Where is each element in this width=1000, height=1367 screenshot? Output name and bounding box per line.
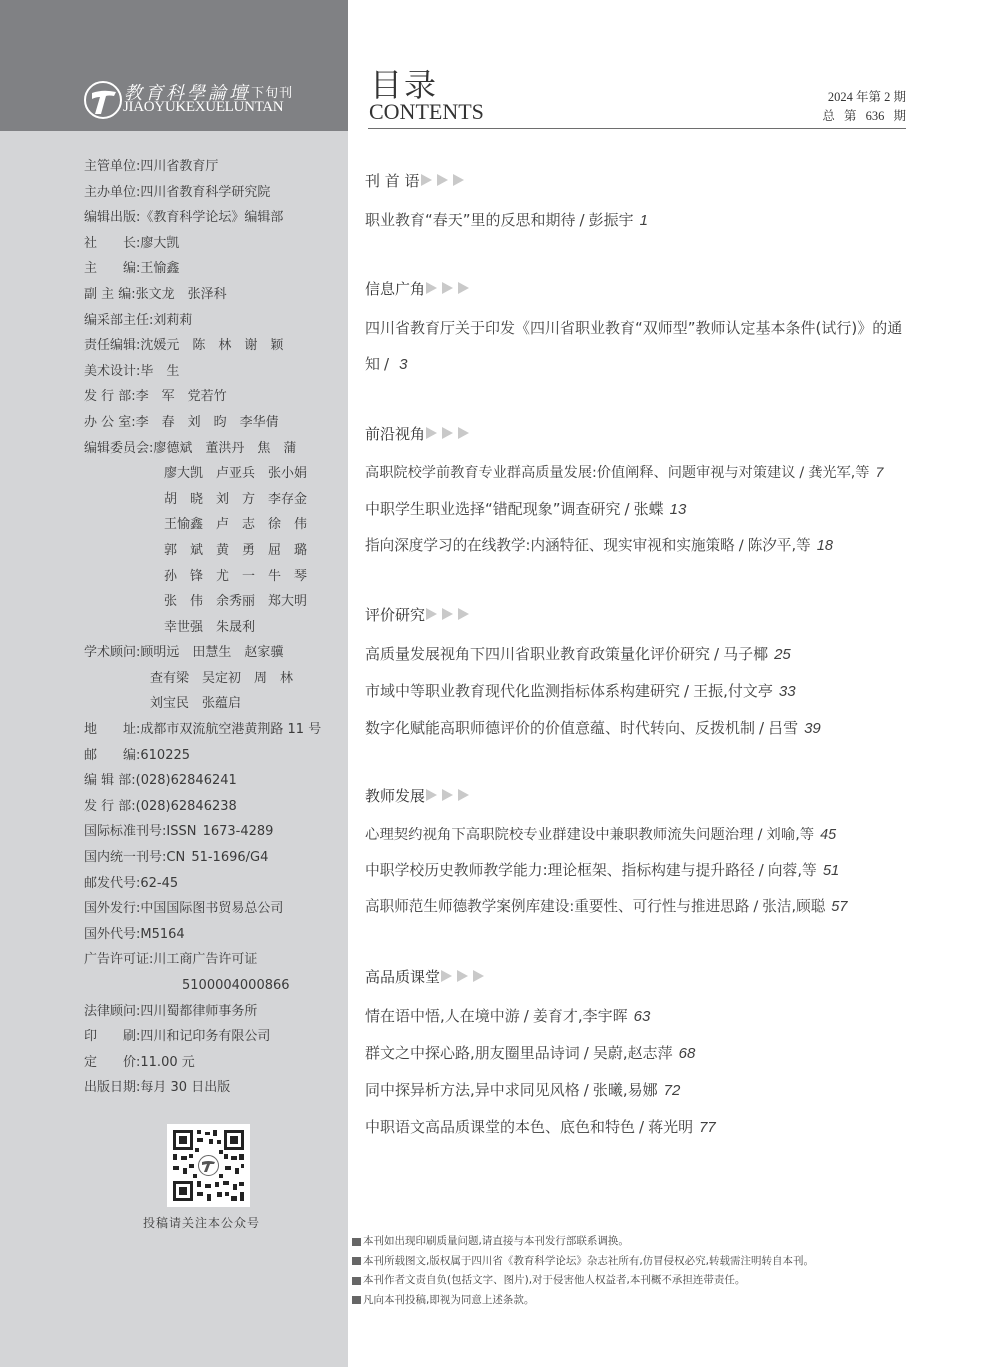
triple-arrow-icon [421, 174, 469, 186]
toc-entry[interactable]: 同中探异析方法,异中求同见风格/张曦,易娜72 [365, 1072, 910, 1109]
page-number: 51 [823, 863, 839, 879]
info-row: 责任编辑:沈媛元 陈 林 谢 颖 [84, 333, 346, 359]
page-title-en: CONTENTS [369, 99, 484, 125]
editorial-board-row: 孙 锋 尤 一 牛 琴 [84, 564, 346, 590]
toc-entry[interactable]: 中职学校历史教师教学能力:理论框架、指标构建与提升路径/向蓉,等51 [365, 853, 910, 889]
section-heading: 信息广角 [365, 277, 910, 299]
info-row: 邮 编:610225 [84, 743, 346, 769]
page-number: 77 [699, 1119, 716, 1136]
section-heading: 教师发展 [365, 784, 910, 806]
notice-item: 本刊如出现印刷质量问题,请直接与本刊发行部联系调换。 [352, 1232, 814, 1252]
toc-entry[interactable]: 群文之中探心路,朋友圈里品诗词/吴蔚,赵志萍68 [365, 1035, 910, 1072]
masthead-sidebar: 教育科學論壇 ·下旬刊 JIAOYUKEXUELUNTAN 主管单位:四川省教育… [0, 0, 348, 1367]
toc-entries: 高质量发展视角下四川省职业教育政策量化评价研究/马子椰25 市域中等职业教育现代… [365, 636, 910, 747]
toc-entry[interactable]: 市域中等职业教育现代化监测指标体系构建研究/王振,付文亭33 [365, 673, 910, 710]
info-row: 广告许可证:川工商广告许可证 [84, 947, 346, 973]
notice-item: 本刊所载图文,版权属于四川省《教育科学论坛》杂志社所有,仿冒侵权必究,转载需注明… [352, 1252, 814, 1272]
page-number: 3 [399, 356, 407, 373]
info-row: 地 址:成都市双流航空港黄荆路 11 号 [84, 717, 346, 743]
square-bullet-icon [352, 1296, 361, 1304]
toc-section: 教师发展 心理契约视角下高职院校专业群建设中兼职教师流失问题治理/刘喻,等45 … [365, 784, 910, 925]
info-row-issn: 国际标准刊号:ISSN 1673-4289 [84, 819, 346, 845]
page-number: 72 [664, 1082, 681, 1099]
info-row: 办 公 室:李 春 刘 昀 李华倩 [84, 410, 346, 436]
info-row: 美术设计:毕 生 [84, 359, 346, 385]
toc-entry[interactable]: 心理契约视角下高职院校专业群建设中兼职教师流失问题治理/刘喻,等45 [365, 817, 910, 853]
info-row: 邮发代号:62-45 [84, 871, 346, 897]
issue-number: 2024 年第 2 期 [822, 88, 906, 107]
page-number: 7 [875, 465, 883, 481]
page-number: 68 [679, 1045, 696, 1062]
info-row: 国外发行:中国国际图书贸易总公司 [84, 896, 346, 922]
toc-entries: 心理契约视角下高职院校专业群建设中兼职教师流失问题治理/刘喻,等45 中职学校历… [365, 817, 910, 925]
toc-entry[interactable]: 高职师范生师德教学案例库建设:重要性、可行性与推进思路/张洁,顾聪57 [365, 889, 910, 925]
masthead-info: 主管单位:四川省教育厅 主办单位:四川省教育科学研究院 编辑出版:《教育科学论坛… [84, 154, 346, 1101]
page-number: 45 [820, 827, 836, 843]
section-heading: 刊 首 语 [365, 169, 910, 191]
editorial-board-row: 王愉鑫 卢 志 徐 伟 [84, 512, 346, 538]
journal-name-en: JIAOYUKEXUELUNTAN [123, 99, 283, 116]
square-bullet-icon [352, 1257, 361, 1265]
info-row: 发 行 部:李 军 党若竹 [84, 384, 346, 410]
section-heading: 高品质课堂 [365, 965, 910, 987]
toc-entry[interactable]: 指向深度学习的在线教学:内涵特征、现实审视和实施策略/陈汐平,等18 [365, 528, 910, 564]
info-row: 主 编:王愉鑫 [84, 256, 346, 282]
info-row-price: 定 价:11.00 元 [84, 1050, 346, 1076]
info-row-editorial-board: 编辑委员会:廖德斌 董洪丹 焦 蒲 [84, 436, 346, 462]
toc-entry[interactable]: 四川省教育厅关于印发《四川省职业教育“双师型”教师认定基本条件(试行)》的通知/… [365, 310, 910, 383]
info-row: 编辑出版:《教育科学论坛》编辑部 [84, 205, 346, 231]
info-row-pub-date: 出版日期:每月 30 日出版 [84, 1075, 346, 1101]
page-number: 1 [640, 212, 648, 229]
page-number: 57 [831, 899, 847, 915]
advisors-row: 刘宝民 张蕴启 [84, 691, 346, 717]
triple-arrow-icon [441, 970, 489, 982]
toc-entry[interactable]: 职业教育“春天”里的反思和期待/彭振宇1 [365, 202, 910, 239]
square-bullet-icon [352, 1238, 361, 1246]
info-row: 主管单位:四川省教育厅 [84, 154, 346, 180]
editorial-board-row: 廖大凯 卢亚兵 张小娟 [84, 461, 346, 487]
editorial-board-row: 胡 晓 刘 方 李存金 [84, 487, 346, 513]
info-row: 编 辑 部:(028)62846241 [84, 768, 346, 794]
notice-item: 凡向本刊投稿,即视为同意上述条款。 [352, 1291, 814, 1311]
info-row-cn: 国内统一刊号:CN 51-1696/G4 [84, 845, 346, 871]
advisors-row: 查有梁 吴定初 周 林 [84, 666, 346, 692]
triple-arrow-icon [426, 427, 474, 439]
info-row: 法律顾问:四川蜀都律师事务所 [84, 999, 346, 1025]
info-row-advisors: 学术顾问:顾明远 田慧生 赵家骥 [84, 640, 346, 666]
copyright-notices: 本刊如出现印刷质量问题,请直接与本刊发行部联系调换。 本刊所载图文,版权属于四川… [352, 1232, 814, 1310]
section-heading: 前沿视角 [365, 422, 910, 444]
toc-entry[interactable]: 情在语中悟,人在境中游/姜育才,李宇晖63 [365, 998, 910, 1035]
toc-entry[interactable]: 中职学生职业选择“错配现象”调查研究/张蝶13 [365, 491, 910, 528]
page-number: 63 [634, 1008, 651, 1025]
issue-info: 2024 年第 2 期 总 第 636 期 [822, 88, 906, 126]
editorial-board-row: 张 伟 余秀丽 郑大明 [84, 589, 346, 615]
info-row: 编采部主任:刘莉莉 [84, 308, 346, 334]
toc-entry[interactable]: 高质量发展视角下四川省职业教育政策量化评价研究/马子椰25 [365, 636, 910, 673]
info-row: 社 长:廖大凯 [84, 231, 346, 257]
page-number: 39 [804, 720, 821, 737]
info-row: 发 行 部:(028)62846238 [84, 794, 346, 820]
toc-section: 评价研究 高质量发展视角下四川省职业教育政策量化评价研究/马子椰25 市域中等职… [365, 603, 910, 747]
info-row: 印 刷:四川和记印务有限公司 [84, 1024, 346, 1050]
triple-arrow-icon [426, 608, 474, 620]
toc-section: 信息广角 四川省教育厅关于印发《四川省职业教育“双师型”教师认定基本条件(试行)… [365, 277, 910, 383]
qr-code-icon[interactable] [167, 1124, 250, 1207]
toc-section: 高品质课堂 情在语中悟,人在境中游/姜育才,李宇晖63 群文之中探心路,朋友圈里… [365, 965, 910, 1146]
toc-section: 刊 首 语 职业教育“春天”里的反思和期待/彭振宇1 [365, 169, 910, 239]
header-divider [368, 128, 906, 129]
journal-t-logo-icon [83, 80, 123, 120]
info-row: 主办单位:四川省教育科学研究院 [84, 180, 346, 206]
info-row: 副 主 编:张文龙 张泽科 [84, 282, 346, 308]
qr-caption: 投稿请关注本公众号 [143, 1214, 260, 1231]
ad-license-number: 5100004000866 [84, 973, 346, 999]
page-number: 33 [779, 683, 796, 700]
editorial-board-row: 郭 斌 黄 勇 屈 璐 [84, 538, 346, 564]
toc-entries: 情在语中悟,人在境中游/姜育才,李宇晖63 群文之中探心路,朋友圈里品诗词/吴蔚… [365, 998, 910, 1146]
toc-entries: 高职院校学前教育专业群高质量发展:价值阐释、问题审视与对策建议/龚光军,等7 中… [365, 455, 910, 564]
editorial-board-row: 幸世强 朱晟利 [84, 615, 346, 641]
info-row: 国外代号:M5164 [84, 922, 346, 948]
toc-section: 前沿视角 高职院校学前教育专业群高质量发展:价值阐释、问题审视与对策建议/龚光军… [365, 422, 910, 564]
journal-masthead: 教育科學論壇 ·下旬刊 JIAOYUKEXUELUNTAN [0, 0, 348, 131]
page-number: 25 [774, 646, 791, 663]
square-bullet-icon [352, 1277, 361, 1285]
page-number: 18 [817, 538, 833, 554]
triple-arrow-icon [426, 789, 474, 801]
total-issue-number: 总 第 636 期 [822, 107, 906, 126]
toc-entry[interactable]: 数字化赋能高职师德评价的价值意蕴、时代转向、反拨机制/吕雪39 [365, 710, 910, 747]
section-heading: 评价研究 [365, 603, 910, 625]
toc-entry[interactable]: 高职院校学前教育专业群高质量发展:价值阐释、问题审视与对策建议/龚光军,等7 [365, 455, 910, 491]
notice-item: 本刊作者文责自负(包括文字、图片),对于侵害他人权益者,本刊概不承担连带责任。 [352, 1271, 814, 1291]
triple-arrow-icon [426, 282, 474, 294]
toc-entry[interactable]: 中职语文高品质课堂的本色、底色和特色/蒋光明77 [365, 1109, 910, 1146]
page-number: 13 [670, 501, 687, 518]
